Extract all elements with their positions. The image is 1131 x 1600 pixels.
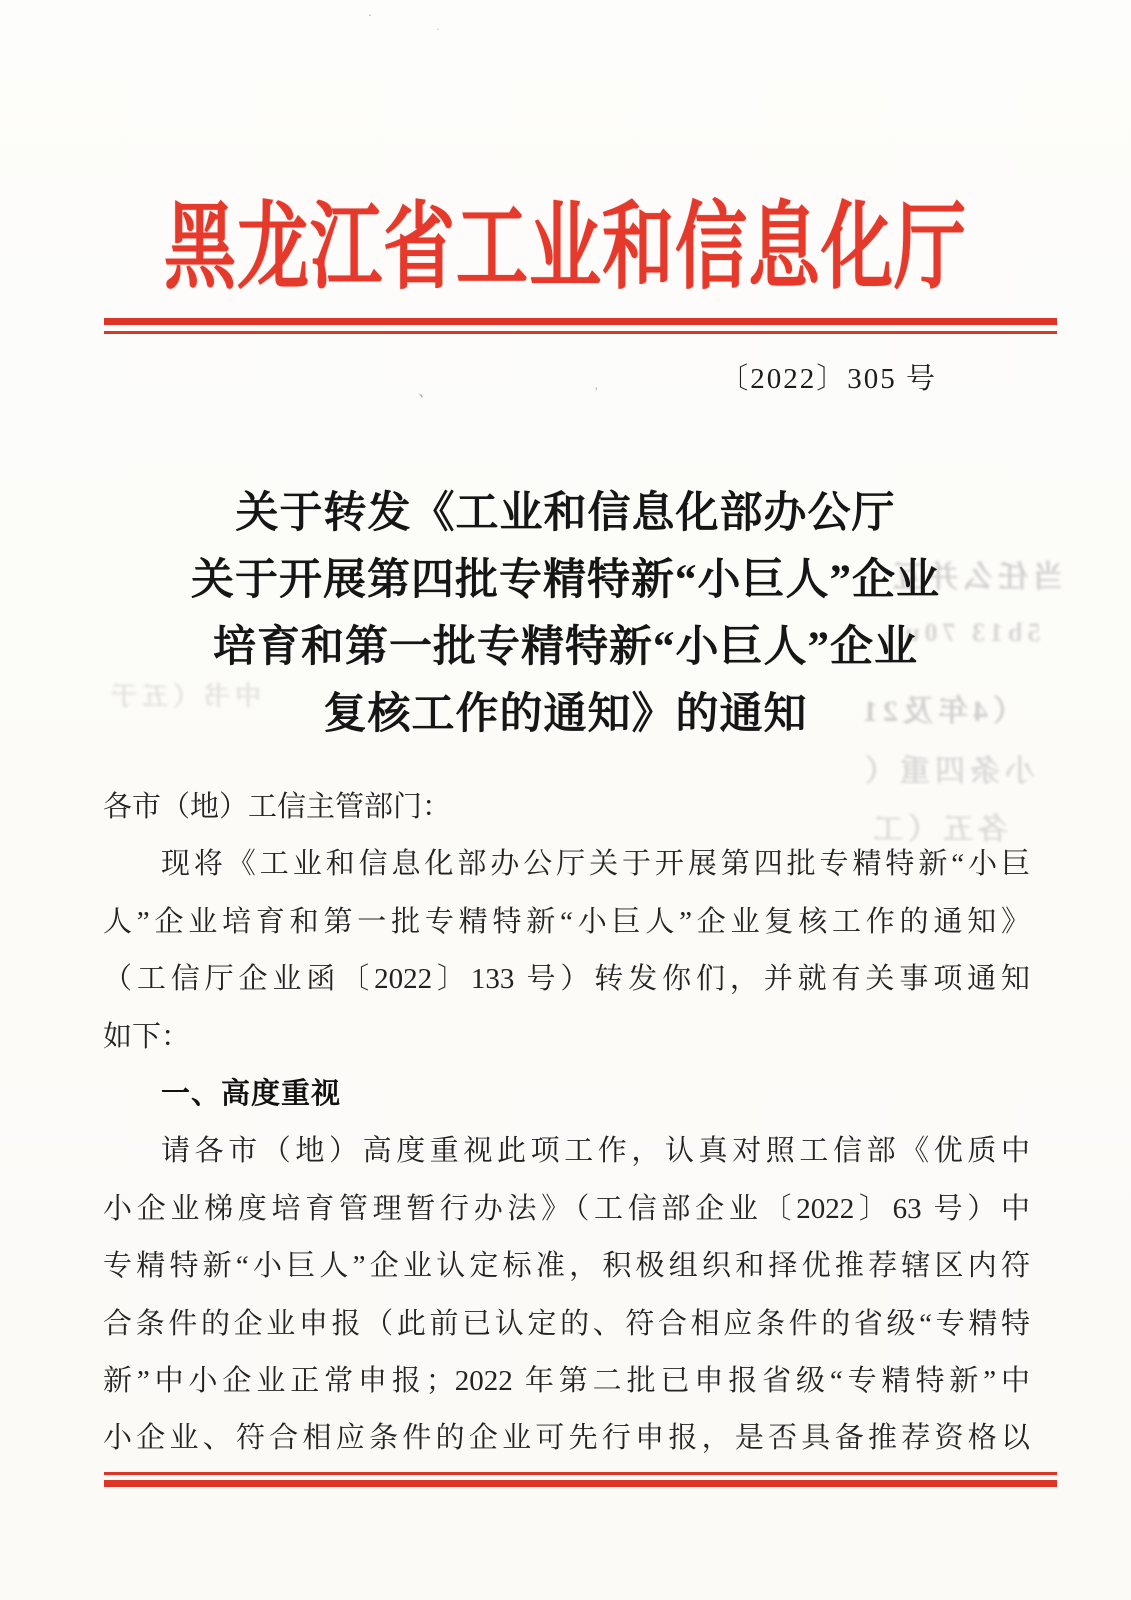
paragraph-line: 新”中小企业正常申报；2022 年第二批已申报省级“专精特新”中 xyxy=(103,1353,1030,1410)
paragraph-line: 专精特新“小巨人”企业认定标准，积极组织和择优推荐辖区内符 xyxy=(103,1238,1030,1295)
red-separator-top xyxy=(104,318,1057,334)
document-body: 各市（地）工信主管部门： 现将《工业和信息化部办公厅关于开展第四批专精特新“小巨… xyxy=(103,779,1030,1468)
paragraph-line: 合条件的企业申报（此前已认定的、符合相应条件的省级“专精特 xyxy=(103,1296,1030,1353)
paragraph-line: 小企业、符合相应条件的企业可先行申报，是否具备推荐资格以 xyxy=(103,1410,1030,1467)
scanned-document-page: 当任么并互 5b13 70u （4年及21 小条四重（ 各五（工 中书（五于 ·… xyxy=(0,0,1131,1600)
separator-thick-bar xyxy=(104,318,1057,325)
paragraph-line: 如下： xyxy=(103,1009,1030,1066)
scan-speck: ’ xyxy=(594,384,598,400)
separator-thin-bar xyxy=(104,1472,1057,1475)
agency-letterhead: 黑龙江省工业和信息化厅 xyxy=(0,170,1131,307)
paragraph-line: 请各市（地）高度重视此项工作，认真对照工信部《优质中 xyxy=(103,1123,1030,1180)
scan-speck: · xyxy=(436,22,440,37)
separator-thin-bar xyxy=(104,331,1057,334)
document-number: 〔2022〕305 号 xyxy=(719,356,937,397)
title-line: 关于开展第四批专精特新“小巨人”企业 xyxy=(0,547,1131,614)
paragraph-line: 小企业梯度培育管理暂行办法》（工信部企业〔2022〕63 号）中 xyxy=(103,1181,1030,1238)
document-title: 关于转发《工业和信息化部办公厅 关于开展第四批专精特新“小巨人”企业 培育和第一… xyxy=(0,480,1131,748)
red-separator-bottom xyxy=(104,1472,1057,1487)
scan-speck: 、 xyxy=(418,378,434,401)
scan-speck: · xyxy=(368,8,372,23)
salutation-line: 各市（地）工信主管部门： xyxy=(103,779,1030,836)
title-line: 复核工作的通知》的通知 xyxy=(0,681,1131,748)
title-line: 培育和第一批专精特新“小巨人”企业 xyxy=(0,614,1131,681)
paragraph-line: （工信厅企业函〔2022〕133 号）转发你们，并就有关事项通知 xyxy=(103,951,1030,1008)
section-heading: 一、高度重视 xyxy=(103,1066,1030,1123)
paragraph-line: 现将《工业和信息化部办公厅关于开展第四批专精特新“小巨 xyxy=(103,836,1030,893)
separator-thick-bar xyxy=(104,1480,1057,1487)
title-line: 关于转发《工业和信息化部办公厅 xyxy=(0,480,1131,547)
paragraph-line: 人”企业培育和第一批专精特新“小巨人”企业复核工作的通知》 xyxy=(103,894,1030,951)
